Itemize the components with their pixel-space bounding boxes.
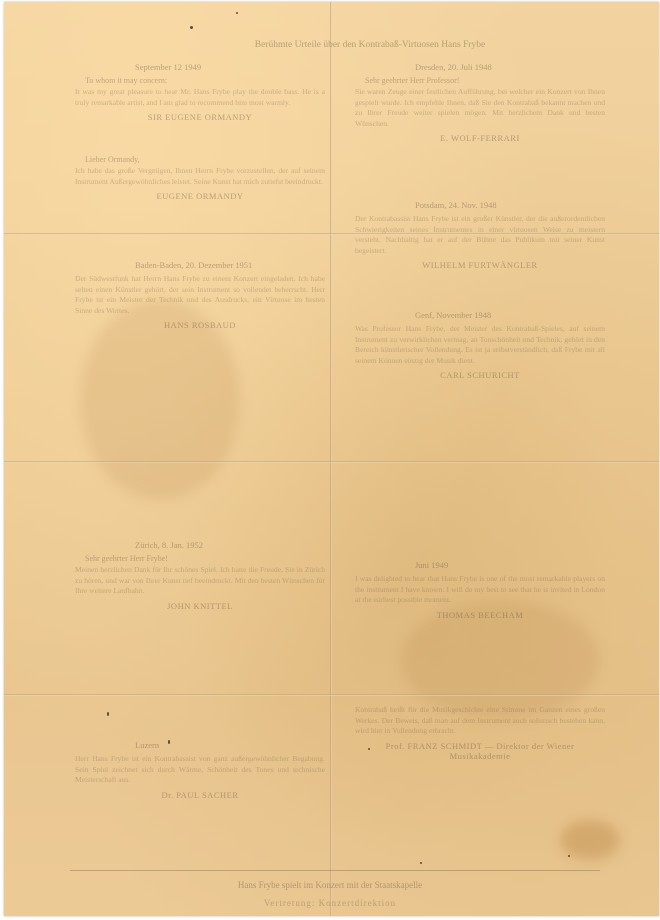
letter-body: I was delighted to hear that Hans Frybe … xyxy=(355,574,605,606)
vertical-fold-line xyxy=(330,2,332,916)
letter-date: Juni 1949 xyxy=(355,560,605,570)
letter-body: Sie waren Zeuge einer festlichen Aufführ… xyxy=(355,87,605,129)
letter-block: Kontrabaß heißt für die Musikgeschichte … xyxy=(355,705,605,761)
letter-salutation: Sehr geehrter Herr Professor! xyxy=(355,76,605,85)
ink-speck xyxy=(107,712,109,716)
letter-block: Baden-Baden, 20. Dezember 1951 Der Südwe… xyxy=(75,260,325,330)
ink-speck xyxy=(420,862,422,864)
letter-body: Meinen herzlichen Dank für Ihr schönes S… xyxy=(75,565,325,597)
letter-block: Luzern Herr Hans Frybe ist ein Kontrabas… xyxy=(75,740,325,800)
letter-date: Genf, November 1948 xyxy=(355,310,605,320)
letter-date: September 12 1949 xyxy=(75,62,325,72)
letter-date: Potsdam, 24. Nov. 1948 xyxy=(355,200,605,210)
letter-date: Zürich, 8. Jan. 1952 xyxy=(75,540,325,550)
letter-body: Herr Hans Frybe ist ein Kontrabassist vo… xyxy=(75,754,325,786)
letter-signature: HANS ROSBAUD xyxy=(75,320,325,330)
letter-block: Juni 1949 I was delighted to hear that H… xyxy=(355,560,605,620)
letter-signature: JOHN KNITTEL xyxy=(75,601,325,611)
letter-signature: EUGENE ORMANDY xyxy=(75,191,325,201)
letter-block: Potsdam, 24. Nov. 1948 Der Kontrabassist… xyxy=(355,200,605,270)
water-stain xyxy=(80,300,240,500)
ink-speck xyxy=(190,26,193,29)
footer-line: Vertretung: Konzertdirektion xyxy=(0,898,660,908)
letter-body: Der Kontrabassist Hans Frybe ist ein gro… xyxy=(355,214,605,256)
letter-block: Zürich, 8. Jan. 1952 Sehr geehrter Herr … xyxy=(75,540,325,611)
ink-speck xyxy=(568,855,570,857)
letter-signature: Prof. FRANZ SCHMIDT — Direktor der Wiene… xyxy=(355,741,605,761)
letter-block: September 12 1949 To whom it may concern… xyxy=(75,62,325,122)
horizontal-fold-line xyxy=(4,461,659,463)
letter-salutation: Lieber Ormandy, xyxy=(75,155,325,164)
ink-speck xyxy=(368,748,370,750)
letter-signature: CARL SCHURICHT xyxy=(355,370,605,380)
letter-signature: THOMAS BEECHAM xyxy=(355,610,605,620)
letter-body: Ich habe das große Vergnügen, Ihnen Herr… xyxy=(75,166,325,187)
letter-body: Kontrabaß heißt für die Musikgeschichte … xyxy=(355,705,605,737)
letter-block: Genf, November 1948 Was Professor Hans F… xyxy=(355,310,605,380)
letter-salutation: To whom it may concern: xyxy=(75,76,325,85)
letter-signature: WILHELM FURTWÄNGLER xyxy=(355,260,605,270)
letter-body: It was my great pleasure to hear Mr. Han… xyxy=(75,87,325,108)
letter-body: Was Professor Hans Frybe, der Meister de… xyxy=(355,324,605,366)
letter-salutation: Sehr geehrter Herr Frybe! xyxy=(75,554,325,563)
horizontal-fold-line xyxy=(4,694,659,696)
letter-date: Luzern xyxy=(75,740,325,750)
letter-date: Dresden, 20. Juli 1948 xyxy=(355,62,605,72)
footer-line: Hans Frybe spielt im Konzert mit der Sta… xyxy=(0,880,660,890)
letter-block: Dresden, 20. Juli 1948 Sehr geehrter Her… xyxy=(355,62,605,143)
ink-speck xyxy=(168,740,170,744)
letter-signature: SIR EUGENE ORMANDY xyxy=(75,112,325,122)
letter-signature: E. WOLF-FERRARI xyxy=(355,133,605,143)
letter-signature: Dr. PAUL SACHER xyxy=(75,790,325,800)
letter-block: Lieber Ormandy, Ich habe das große Vergn… xyxy=(75,155,325,201)
water-stain xyxy=(560,820,620,860)
document-title: Berühmte Urteile über den Kontrabaß-Virt… xyxy=(130,40,610,50)
footer-rule xyxy=(70,870,600,871)
letter-date: Baden-Baden, 20. Dezember 1951 xyxy=(75,260,325,270)
letter-body: Der Südwestfunk hat Herrn Hans Frybe zu … xyxy=(75,274,325,316)
ink-speck xyxy=(236,12,238,14)
